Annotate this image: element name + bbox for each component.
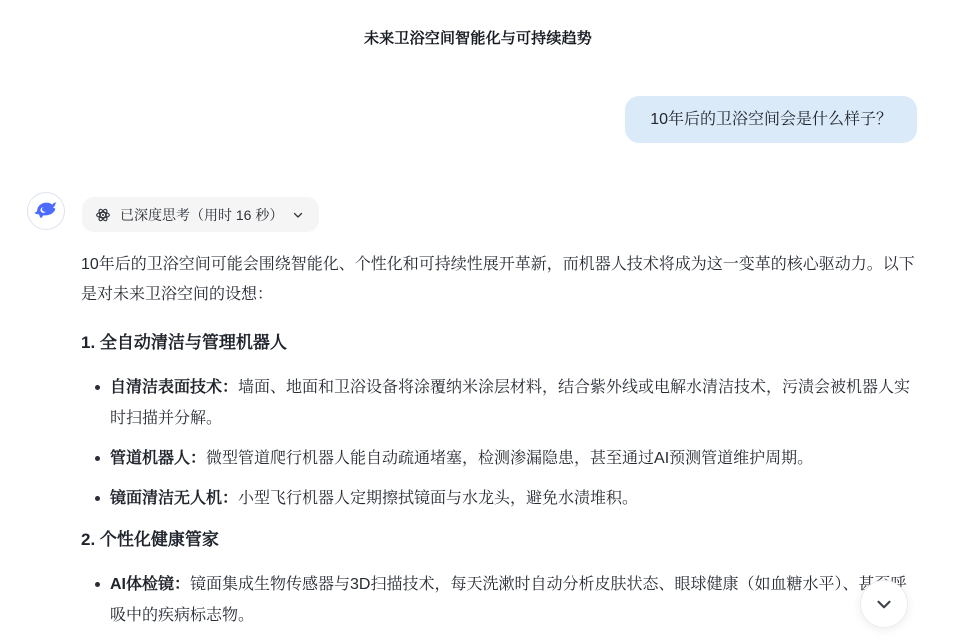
assistant-response: 10年后的卫浴空间可能会围绕智能化、个性化和可持续性展开革新，而机器人技术将成为… — [81, 250, 916, 640]
assistant-avatar — [27, 192, 65, 230]
list-item-ai-mirror: AI体检镜：镜面集成生物传感器与3D扫描技术，每天洗漱时自动分析皮肤状态、眼球健… — [110, 569, 916, 631]
chevron-down-icon — [292, 209, 304, 221]
deep-thought-toggle-button[interactable]: 已深度思考（用时 16 秒） — [82, 197, 319, 232]
list-item-label: AI体检镜： — [110, 576, 190, 593]
list-item-label: 自清洁表面技术： — [110, 379, 238, 396]
bullet-list-health: AI体检镜：镜面集成生物传感器与3D扫描技术，每天洗漱时自动分析皮肤状态、眼球健… — [81, 569, 916, 631]
list-item-text: 镜面集成生物传感器与3D扫描技术，每天洗漱时自动分析皮肤状态、眼球健康（如血糖水… — [110, 576, 906, 624]
deep-think-atom-icon — [95, 207, 111, 223]
list-item-self-cleaning: 自清洁表面技术：墙面、地面和卫浴设备将涂覆纳米涂层材料，结合紫外线或电解水清洁技… — [110, 372, 916, 434]
list-item-text: 微型管道爬行机器人能自动疏通堵塞，检测渗漏隐患，甚至通过AI预测管道维护周期。 — [206, 450, 813, 467]
deep-thought-label: 已深度思考（用时 16 秒） — [120, 205, 283, 225]
chat-page: 未来卫浴空间智能化与可持续趋势 10年后的卫浴空间会是什么样子？ 已深度思考（用… — [0, 0, 956, 640]
intro-paragraph: 10年后的卫浴空间可能会围绕智能化、个性化和可持续性展开革新，而机器人技术将成为… — [81, 250, 916, 310]
bullet-list-cleaning: 自清洁表面技术：墙面、地面和卫浴设备将涂覆纳米涂层材料，结合紫外线或电解水清洁技… — [81, 372, 916, 514]
list-item-text: 小型飞行机器人定期擦拭镜面与水龙头，避免水渍堆积。 — [238, 490, 638, 507]
list-item-label: 管道机器人： — [110, 450, 206, 467]
scroll-to-bottom-button[interactable] — [860, 580, 908, 628]
section-heading-cleaning-robots: 1. 全自动清洁与管理机器人 — [81, 332, 916, 354]
list-item-label: 镜面清洁无人机： — [110, 490, 238, 507]
conversation-title: 未来卫浴空间智能化与可持续趋势 — [0, 27, 956, 48]
deepseek-whale-logo-icon — [34, 201, 59, 221]
user-message-bubble: 10年后的卫浴空间会是什么样子？ — [625, 96, 917, 143]
list-item-pipe-robot: 管道机器人：微型管道爬行机器人能自动疏通堵塞，检测渗漏隐患，甚至通过AI预测管道… — [110, 443, 916, 474]
chevron-down-icon — [873, 593, 895, 615]
section-heading-health-butler: 2. 个性化健康管家 — [81, 529, 916, 551]
list-item-mirror-drone: 镜面清洁无人机：小型飞行机器人定期擦拭镜面与水龙头，避免水渍堆积。 — [110, 483, 916, 514]
